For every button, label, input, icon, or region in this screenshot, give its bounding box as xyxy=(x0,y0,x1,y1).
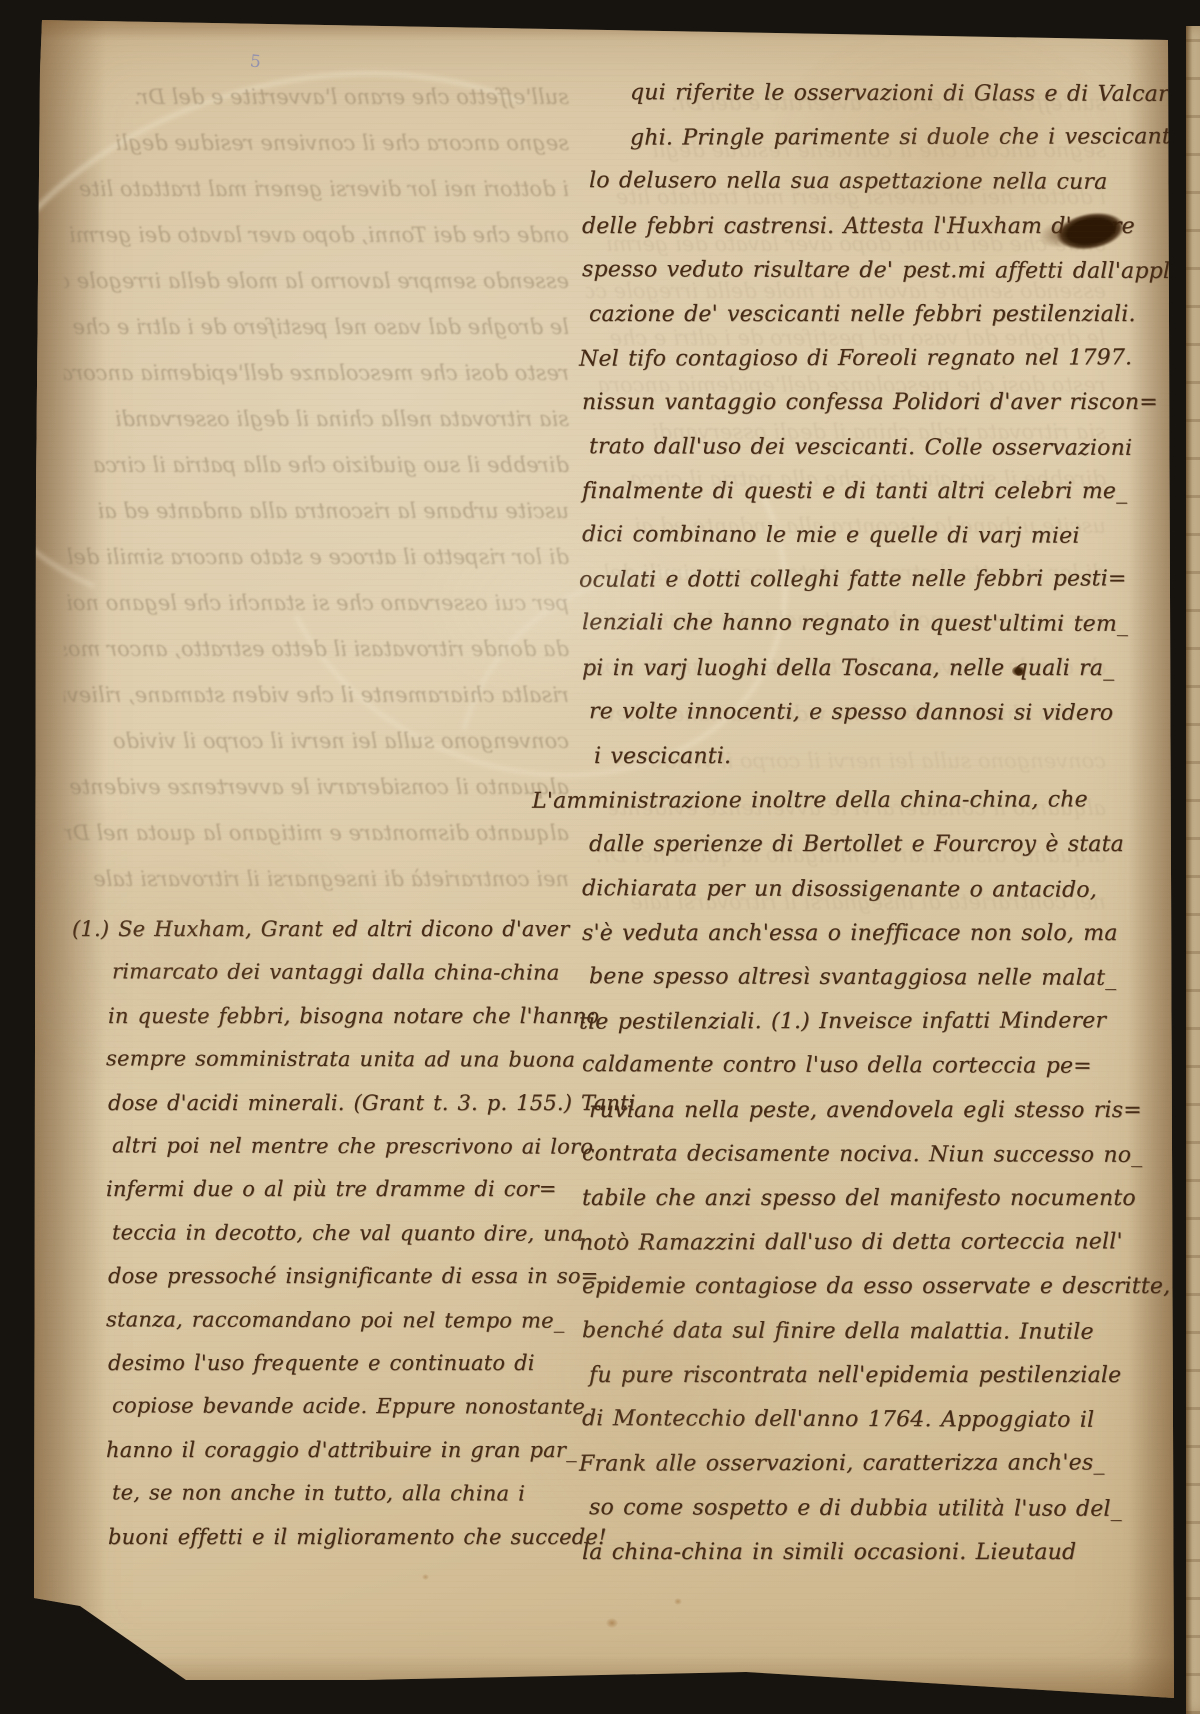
handwritten-line: da donde ritrovatasi il detto estratto, … xyxy=(64,626,569,672)
handwritten-line: bene spesso altresì svantaggiosa nelle m… xyxy=(589,955,1127,1001)
handwritten-line: i dottori nei lor diversi generi mal tra… xyxy=(64,166,569,212)
handwritten-line: la china-china in simili occasioni. Lieu… xyxy=(582,1531,1127,1575)
handwritten-line: ruviana nella peste, avendovela egli ste… xyxy=(589,1089,1127,1133)
handwritten-line: altri poi nel mentre che prescrivono ai … xyxy=(78,1124,586,1169)
handwritten-line: finalmente di questi e di tanti altri ce… xyxy=(582,470,1127,514)
handwritten-line: dalle sperienze di Bertollet e Fourcroy … xyxy=(589,823,1127,867)
bleedthrough-text-left: sull'effetto che erano l'avvertite e del… xyxy=(64,74,569,902)
handwritten-line: in queste febbri, bisogna notare che l'h… xyxy=(74,995,586,1038)
handwritten-line: notò Ramazzini dall'uso di detta cortecc… xyxy=(579,1221,1127,1267)
handwritten-line: hanno il coraggio d'attribuire in gran p… xyxy=(72,1429,586,1472)
handwritten-line: per cui osservano che si stanchi che leg… xyxy=(64,580,569,626)
handwritten-line: segno ancora che il conviene residue deg… xyxy=(64,120,569,166)
handwritten-line: nei contrarietà di insegnarsi il ritrova… xyxy=(64,856,569,902)
handwritten-line: alquanto dismontare e mitigano la quota … xyxy=(64,810,569,856)
handwritten-line: nissun vantaggio confessa Polidori d'ave… xyxy=(582,381,1127,425)
handwritten-line: qui riferite le osservazioni di Glass e … xyxy=(630,71,1127,117)
handwritten-line: copiose bevande acide. Eppure nonostante xyxy=(78,1385,586,1430)
handwritten-line: delle febbri castrensi. Attesta l'Huxham… xyxy=(582,205,1127,249)
handwritten-line: di Montecchio dell'anno 1764. Appoggiato… xyxy=(582,1397,1127,1443)
handwritten-line: tie pestilenziali. (1.) Inveisce infatti… xyxy=(579,1000,1127,1046)
handwritten-line: uscite urbane la riscontra alla andante … xyxy=(64,488,569,534)
foxing-spot xyxy=(674,1598,682,1605)
handwritten-line: lo delusero nella sua aspettazione nella… xyxy=(589,160,1127,206)
handwritten-line: re volte innocenti, e spesso dannosi si … xyxy=(589,690,1127,736)
handwritten-line: oculati e dotti colleghi fatte nelle feb… xyxy=(579,558,1127,604)
handwritten-line: lenziali che hanno regnato in quest'ulti… xyxy=(582,602,1127,648)
handwritten-line: sempre somministrata unita ad una buona xyxy=(72,1038,586,1083)
handwritten-line: epidemie contagiose da esso osservate e … xyxy=(582,1265,1127,1309)
handwritten-line: dichiarata per un disossigenante o antac… xyxy=(582,867,1127,913)
handwritten-line: sull'effetto che erano l'avvertite e del… xyxy=(64,74,569,120)
handwritten-line: spesso veduto risultare de' pest.mi affe… xyxy=(582,248,1127,294)
handwritten-line: ghi. Pringle parimente si duole che i ve… xyxy=(630,116,1127,161)
handwritten-line: dici combinano le mie e quelle di varj m… xyxy=(582,513,1127,559)
scan-background: 5 sull'effetto che erano l'avvertite e d… xyxy=(0,0,1200,1714)
handwritten-line: stanza, raccomandano poi nel tempo me_ xyxy=(72,1298,586,1343)
handwritten-line: desimo l'uso frequente e continuato di xyxy=(74,1342,586,1385)
handwritten-line: pi in varj luoghi della Toscana, nelle q… xyxy=(582,647,1127,691)
handwritten-line: convengono sulla lei nervi il corpo il v… xyxy=(64,718,569,764)
handwritten-line: buoni effetti e il miglioramento che suc… xyxy=(74,1516,586,1559)
handwritten-line: tabile che anzi spesso del manifesto noc… xyxy=(582,1177,1127,1221)
handwritten-line: contrata decisamente nociva. Niun succes… xyxy=(582,1132,1127,1178)
handwritten-line: fu pure riscontrata nell'epidemia pestil… xyxy=(589,1354,1127,1398)
handwritten-line: di lor rispetto il atroce e stato ancora… xyxy=(64,534,569,580)
page-number: 5 xyxy=(249,51,262,72)
foxing-spot xyxy=(606,1618,618,1628)
handwritten-line: dose pressoché insignificante di essa in… xyxy=(74,1255,586,1298)
handwritten-line: direbbe il suo giudizio che alla patria … xyxy=(64,442,569,488)
handwritten-line: (1.) Se Huxham, Grant ed altri dicono d'… xyxy=(72,908,586,951)
handwritten-line: alquanto il considerarvi le avvertenze e… xyxy=(64,764,569,810)
handwritten-line: le droghe dal vaso nel pestifero de i al… xyxy=(64,304,569,350)
handwritten-line: Frank alle osservazioni, caratterizza an… xyxy=(579,1442,1127,1488)
footnote-column: (1.) Se Huxham, Grant ed altri dicono d'… xyxy=(74,908,586,1559)
manuscript-page: 5 sull'effetto che erano l'avvertite e d… xyxy=(34,10,1174,1708)
handwritten-line: Nel tifo contagioso di Foreoli regnato n… xyxy=(579,337,1127,383)
handwritten-line: essendo sempre lavorno la mole della irr… xyxy=(64,258,569,304)
foxing-spot xyxy=(422,1574,429,1580)
handwritten-line: infermi due o al più tre dramme di cor= xyxy=(72,1168,586,1211)
handwritten-line: dose d'acidi minerali. (Grant t. 3. p. 1… xyxy=(74,1082,586,1125)
handwritten-line: teccia in decotto, che val quanto dire, … xyxy=(78,1211,586,1256)
handwritten-line: so come sospetto e di dubbia utilità l'u… xyxy=(589,1486,1127,1532)
handwritten-line: benché data sul finire della malattia. I… xyxy=(582,1309,1127,1355)
handwritten-line: onde che dei Tonni, dopo aver lavato dei… xyxy=(64,212,569,258)
adjacent-page-edge xyxy=(1186,26,1200,1714)
handwritten-line: resto dosi che mescolanze dell'epidemia … xyxy=(64,350,569,396)
handwritten-line: cazione de' vescicanti nelle febbri pest… xyxy=(589,293,1127,337)
handwritten-line: risalta chiaramente il che viden stamane… xyxy=(64,672,569,718)
main-text-column: qui riferite le osservazioni di Glass e … xyxy=(582,72,1127,1575)
handwritten-line: trato dall'uso dei vescicanti. Colle oss… xyxy=(589,425,1127,471)
handwritten-line: i vescicanti. xyxy=(594,735,1127,779)
handwritten-line: sia ritrovata nella china il degli osser… xyxy=(64,396,569,442)
handwritten-line: rimarcato dei vantaggi dalla china-china xyxy=(78,951,586,996)
handwritten-line: caldamente contro l'uso della corteccia … xyxy=(582,1044,1127,1090)
handwritten-line: s'è veduta anch'essa o inefficace non so… xyxy=(582,912,1127,956)
handwritten-line: L'amministrazione inoltre della china-ch… xyxy=(532,779,1127,825)
handwritten-line: te, se non anche in tutto, alla china i xyxy=(78,1472,586,1517)
